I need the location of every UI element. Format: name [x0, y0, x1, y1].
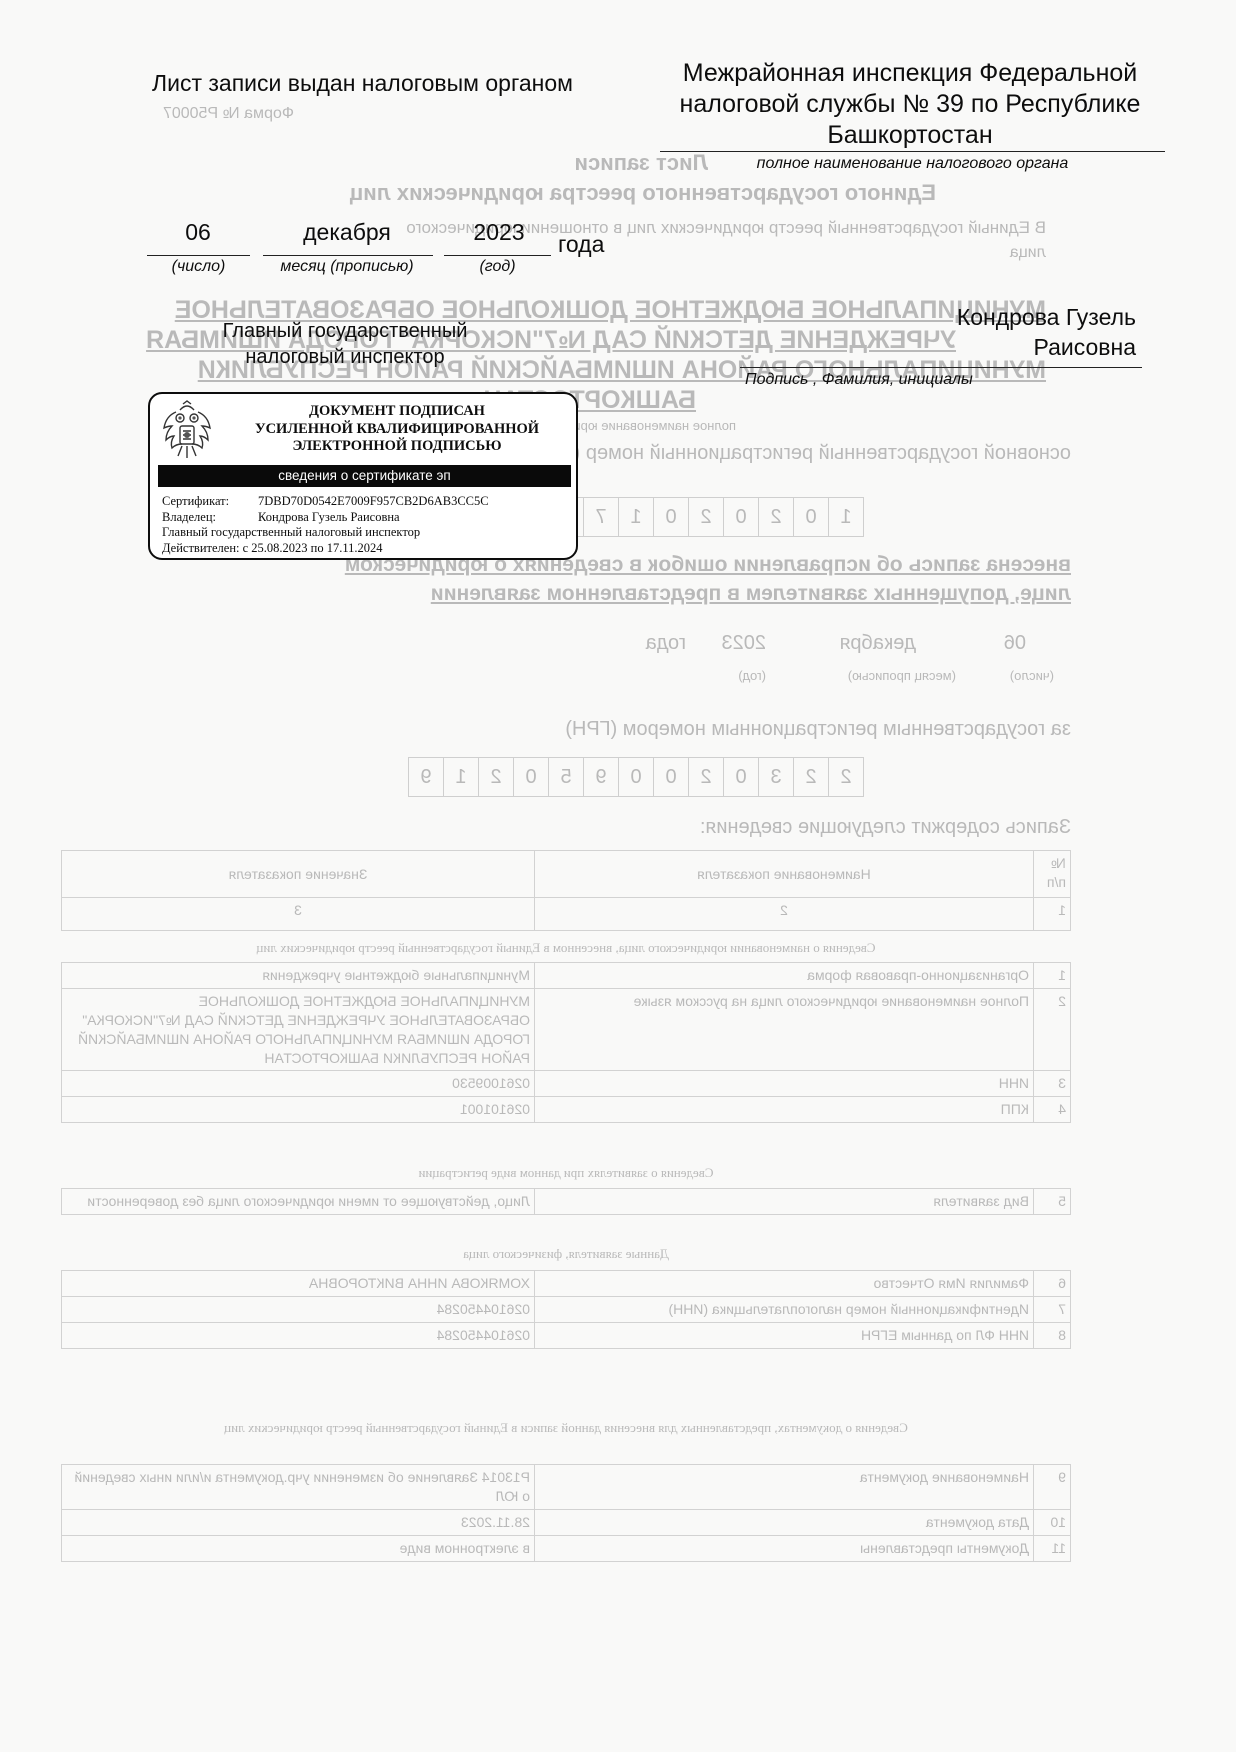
bleed-grn-label: за государственным регистрационным номер… — [565, 718, 1071, 741]
digit-cell: 3 — [759, 757, 794, 797]
bleed-entry-year: 2023 — [722, 632, 767, 655]
bleed-section-4: Сведения о документах, представленных дл… — [61, 1420, 1071, 1436]
digit-cell: 1 — [829, 497, 864, 537]
signer-position: Главный государственный налоговый инспек… — [180, 318, 510, 370]
validity-row: Действителен: с 25.08.2023 по 17.11.2024 — [162, 541, 383, 556]
digit-cell: 2 — [689, 497, 724, 537]
day-caption: (число) — [147, 258, 250, 276]
table-row: 2Полное наименование юридического лица н… — [62, 988, 1071, 1071]
signature-underline — [740, 367, 1142, 368]
digit-cell: 1 — [444, 757, 479, 797]
bleed-entry-suffix: года — [646, 632, 686, 655]
digit-cell: 0 — [654, 497, 689, 537]
bleed-table-rows-1: 1Организационно-правовая формаМуниципаль… — [61, 962, 1071, 1123]
electronic-signature-stamp: ДОКУМЕНТ ПОДПИСАН УСИЛЕННОЙ КВАЛИФИЦИРОВ… — [148, 392, 578, 560]
table-row: 6Фамилия Имя ОтчествоХОМЯКОВА ИННА ВИКТО… — [62, 1271, 1071, 1297]
bleed-table-rows-3: 6Фамилия Имя ОтчествоХОМЯКОВА ИННА ВИКТО… — [61, 1270, 1071, 1349]
digit-cell: 1 — [619, 497, 654, 537]
stamp-title: ДОКУМЕНТ ПОДПИСАН УСИЛЕННОЙ КВАЛИФИЦИРОВ… — [222, 403, 572, 456]
bleed-entry-line2: лице, допущенных заявителем в представле… — [431, 582, 1071, 606]
signer-name: Кондрова Гузель Раисовна — [850, 302, 1136, 362]
month-caption: месяц (прописью) — [257, 258, 437, 276]
year-underline — [444, 255, 551, 256]
digit-cell: 7 — [584, 497, 619, 537]
bleed-title-2: Единого государственного реестра юридиче… — [350, 180, 936, 206]
digit-cell: 2 — [794, 757, 829, 797]
signature-caption: Подпись , Фамилия, инициалы — [745, 371, 973, 389]
authority-caption: полное наименование налогового органа — [660, 155, 1165, 173]
bleed-table-header: № п/п Наименование показателя Значение п… — [61, 850, 1071, 931]
bleed-section-1: Сведения о наименовании юридического лиц… — [61, 940, 1071, 956]
bleed-entry-month-caption: (месяц прописью) — [848, 668, 956, 683]
owner-position-row: Главный государственный налоговый инспек… — [162, 525, 420, 540]
table-row: 3ИНН0261009530 — [62, 1071, 1071, 1097]
bleed-table-rows-2: 5Вид заявителяЛицо, действующее от имени… — [61, 1188, 1071, 1215]
bleed-entry-day: 06 — [1004, 632, 1026, 655]
tax-authority-name: Межрайонная инспекция Федеральной налого… — [660, 58, 1160, 151]
digit-cell: 2 — [479, 757, 514, 797]
digit-cell: 9 — [584, 757, 619, 797]
table-row: 8ИНН ФЛ по данным ЕГРН026104450284 — [62, 1322, 1071, 1348]
bleed-entry-day-caption: (число) — [1010, 668, 1054, 683]
day-underline — [147, 255, 250, 256]
digit-cell: 5 — [549, 757, 584, 797]
bleed-grn-boxes: 2230200950219 — [408, 757, 864, 797]
issue-date-month: декабря — [262, 219, 432, 246]
digit-cell: 0 — [794, 497, 829, 537]
owner-row: Владелец:Кондрова Гузель Раисовна — [162, 510, 400, 525]
digit-cell: 0 — [514, 757, 549, 797]
authority-underline — [660, 151, 1165, 152]
validity-period: с 25.08.2023 по 17.11.2024 — [243, 541, 383, 555]
digit-cell: 0 — [724, 757, 759, 797]
digit-cell: 2 — [829, 757, 864, 797]
bleed-intro-2: лица — [1010, 244, 1046, 262]
table-row: 5Вид заявителяЛицо, действующее от имени… — [62, 1189, 1071, 1215]
digit-cell: 0 — [619, 757, 654, 797]
digit-cell: 0 — [654, 757, 689, 797]
bleed-entry-year-caption: (год) — [738, 668, 766, 683]
bleed-table-intro: Запись содержит следующие сведения: — [700, 816, 1071, 839]
issue-date-day: 06 — [148, 219, 248, 246]
bleed-entry-month: декабря — [840, 632, 916, 655]
document-page: Форма № Р50007 Лист записи Единого госуд… — [0, 0, 1236, 1752]
bleed-table-rows-4: 9Наименование документаР13014 Заявление … — [61, 1464, 1071, 1562]
month-underline — [263, 255, 433, 256]
table-row: 11Документы представленыв электронном ви… — [62, 1535, 1071, 1561]
digit-cell: 2 — [759, 497, 794, 537]
table-row: 4КПП026101001 — [62, 1097, 1071, 1123]
certificate-owner: Кондрова Гузель Раисовна — [258, 510, 400, 524]
bleed-section-3: Данные заявителя, физического лица — [61, 1246, 1071, 1262]
table-row: 10Дата документа28.11.2023 — [62, 1509, 1071, 1535]
bleed-section-2: Сведения о заявителях при данном виде ре… — [61, 1165, 1071, 1181]
russian-coat-of-arms-icon — [158, 400, 216, 466]
year-caption: (год) — [444, 258, 551, 276]
bleed-form-number: Форма № Р50007 — [163, 105, 294, 123]
certificate-info-bar: сведения о сертификате эп — [158, 465, 571, 487]
issue-date-suffix: года — [558, 231, 604, 258]
table-row: 7Идентификационный номер налогоплательщи… — [62, 1296, 1071, 1322]
certificate-serial: 7DBD70D0542E7009F957CB2D6AB3CC5C — [258, 494, 489, 508]
issued-by-label: Лист записи выдан налоговым органом — [152, 70, 573, 97]
digit-cell: 0 — [724, 497, 759, 537]
digit-cell: 2 — [689, 757, 724, 797]
table-row: 9Наименование документаР13014 Заявление … — [62, 1465, 1071, 1510]
certificate-row: Сертификат:7DBD70D0542E7009F957CB2D6AB3C… — [162, 494, 489, 509]
issue-date-year: 2023 — [444, 219, 554, 246]
table-row: 1Организационно-правовая формаМуниципаль… — [62, 963, 1071, 989]
digit-cell: 9 — [408, 757, 444, 797]
bleed-ogrn-label: основной государственный регистрационный… — [513, 442, 1071, 465]
